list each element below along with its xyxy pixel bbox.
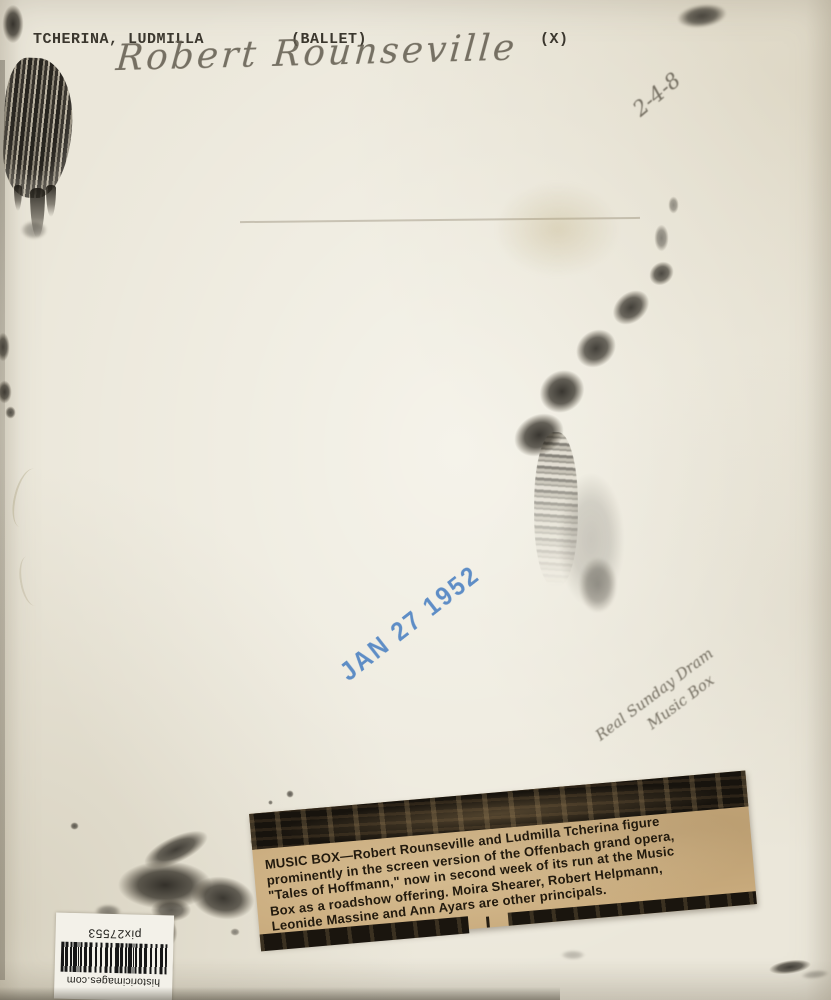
ink-dot	[230, 928, 240, 936]
handwritten-note: Real Sunday Dram Music Box	[592, 644, 730, 762]
ink-stain	[668, 196, 679, 214]
date-stamp: JAN 27 1952	[335, 560, 487, 688]
ink-stain	[2, 57, 75, 199]
ink-stain	[567, 320, 624, 376]
ink-dot	[286, 790, 294, 798]
ink-drip	[46, 185, 56, 217]
paper-stain	[495, 182, 620, 277]
barcode	[61, 942, 168, 975]
crop-mark-label: (X)	[540, 31, 569, 48]
pencil-scuff	[7, 466, 47, 531]
ink-stain	[2, 4, 24, 44]
ink-stain	[560, 950, 586, 960]
tick-mark	[486, 916, 490, 927]
ink-stain	[605, 282, 657, 333]
sticker-id-text: pix27553	[88, 926, 142, 941]
ink-drip	[14, 185, 22, 211]
newspaper-clipping: MUSIC BOX—Robert Rounseville and Ludmill…	[249, 771, 757, 948]
ink-stain	[654, 224, 669, 252]
ink-stain	[578, 556, 618, 614]
edge-wear	[0, 60, 5, 980]
ink-smudge	[675, 0, 730, 31]
photo-back: TCHERINA, LUDMILLA (BALLET) (X) Robert R…	[0, 0, 831, 1000]
ink-dot	[70, 822, 79, 830]
ink-stain	[644, 256, 679, 291]
ink-stain	[20, 220, 48, 240]
scan-edge-shadow	[0, 987, 560, 1000]
ink-stain	[5, 406, 16, 419]
handwritten-code: 2-4-8	[628, 68, 685, 121]
pencil-scuff	[16, 554, 46, 607]
ink-dot	[268, 800, 273, 805]
clipping-band-gap	[468, 912, 509, 932]
